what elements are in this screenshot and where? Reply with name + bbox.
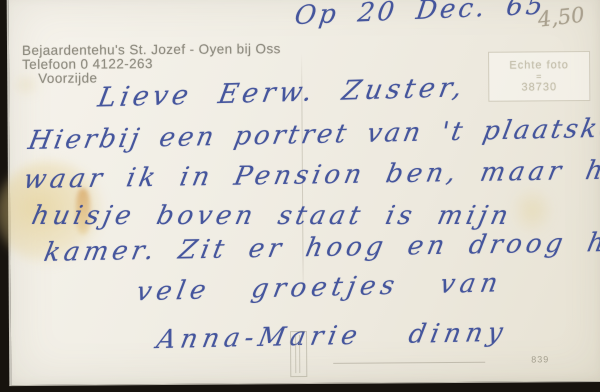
handwritten-line-5: kamer. Zit er hoog en droog hè. <box>42 227 600 268</box>
photo-stamp-equals: = <box>536 72 542 81</box>
photo-stamp-line1: Echte foto <box>509 59 569 72</box>
pencil-price: 4,50 <box>537 3 586 32</box>
photo-stamp-box: Echte foto = 38730 <box>488 51 590 102</box>
handwritten-line-4: huisje boven staat is mijn <box>29 201 515 231</box>
handwritten-greeting: vele groetjes van <box>134 268 505 307</box>
print-code: 839 <box>531 354 549 364</box>
faint-baseline <box>333 362 485 364</box>
handwritten-line-2: Hierbij een portret van 't plaatske, <box>26 113 600 156</box>
printer-mark <box>290 331 307 377</box>
postcard: Bejaardentehu's St. Jozef - Oyen bij Oss… <box>7 0 600 386</box>
scanned-postcard-back: Bejaardentehu's St. Jozef - Oyen bij Oss… <box>0 0 600 392</box>
handwritten-line-3: waar ik in Pension ben, maar het <box>21 155 600 195</box>
handwritten-date: Op 20 Dec. 65 <box>293 0 548 31</box>
handwritten-signature: Anna-Marie dinny <box>154 318 510 355</box>
photo-stamp-number: 38730 <box>521 81 557 94</box>
